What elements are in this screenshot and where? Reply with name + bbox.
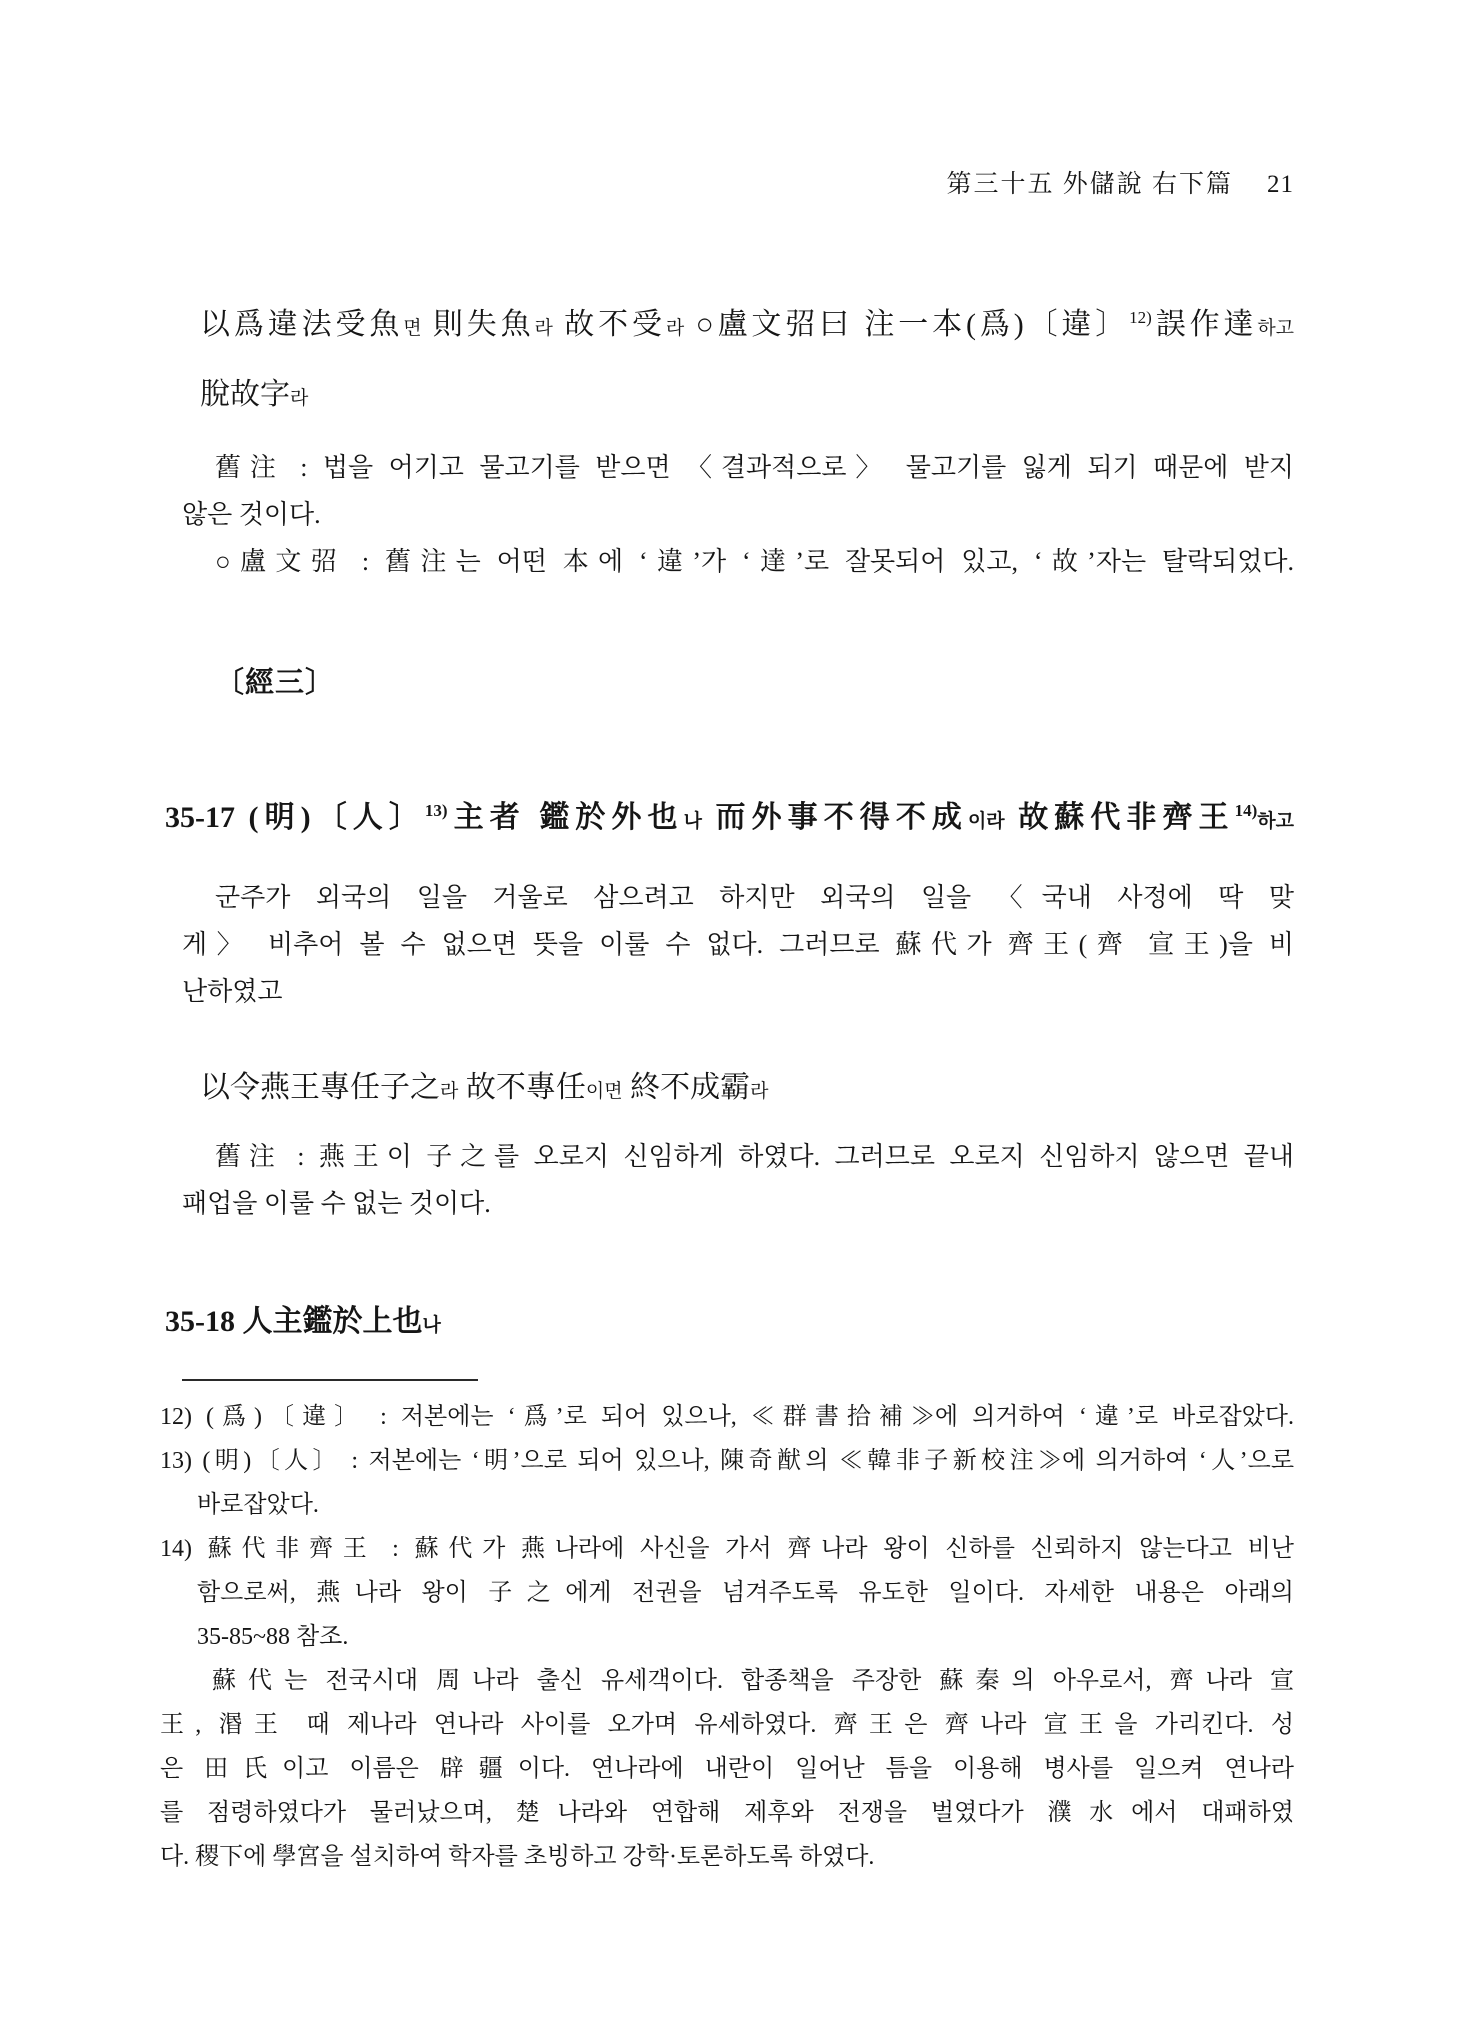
hyeonto-suffix: 하고 <box>1257 811 1294 832</box>
text-run: 12) (爲)〔違〕 : 저본에는 ‘爲’로 되어 있으나, ≪群書拾補≫에 의… <box>160 1404 1294 1430</box>
text-run: 패업을 이룰 수 없는 것이다. <box>182 1189 491 1218</box>
text-run: 35-85~88 참조. <box>197 1624 348 1650</box>
page-number: 21 <box>1267 170 1294 200</box>
trans-35-16-line: ○盧文弨 : 舊注는 어떤 本에 ‘違’가 ‘達’로 잘못되어 있고, ‘故’자… <box>182 538 1294 585</box>
hyeonto-suffix: 라 <box>750 1081 768 1102</box>
text-run: 않은 것이다. <box>182 500 321 529</box>
text-run: 다. 稷下에 學宮을 설치하여 학자를 초빙하고 강학·토론하도록 하였다. <box>160 1844 874 1870</box>
entry-35-18-line: 35-18 人主鑑於上也나 <box>165 1297 1294 1351</box>
footnote-14-line: 王, 湣王 때 제나라 연나라 사이를 오가며 유세하였다. 齊王은 齊나라 宣… <box>160 1703 1294 1747</box>
hanmun-35-16-line: 脫故字라 <box>200 362 1294 432</box>
text-run: 王, 湣王 때 제나라 연나라 사이를 오가며 유세하였다. 齊王은 齊나라 宣… <box>160 1712 1294 1738</box>
footnote-14-line: 다. 稷下에 學宮을 설치하여 학자를 초빙하고 강학·토론하도록 하였다. <box>160 1835 1294 1879</box>
trans-35-17b: 舊注 : 燕王이 子之를 오로지 신임하게 하였다. 그러므로 오로지 신임하지… <box>160 1133 1294 1227</box>
footnote-14-line: 35-85~88 참조. <box>160 1615 1294 1659</box>
section-gyeong-3: 〔經三〕 <box>160 663 1294 703</box>
footnote-12: 12) (爲)〔違〕 : 저본에는 ‘爲’로 되어 있으나, ≪群書拾補≫에 의… <box>160 1395 1294 1439</box>
text-run: 則失魚 <box>422 308 535 341</box>
entry-35-18: 35-18 人主鑑於上也나 <box>160 1297 1294 1351</box>
text-run: 난하였고 <box>182 977 282 1006</box>
page-header: 第三十五 外儲說 右下篇 21 <box>160 170 1294 200</box>
text-run: 而外事不得不成 <box>702 801 968 834</box>
text-run: 바로잡았다. <box>197 1492 319 1518</box>
footnote-14-line: 은 田氏이고 이름은 辟疆이다. 연나라에 내란이 일어난 틈을 이용해 병사를… <box>160 1747 1294 1791</box>
footnote-14: 14) 蘇代非齊王 : 蘇代가 燕나라에 사신을 가서 齊나라 왕이 신하를 신… <box>160 1527 1294 1879</box>
footnote-14-line: 蘇代는 전국시대 周나라 출신 유세객이다. 합종책을 주장한 蘇秦의 아우로서… <box>160 1659 1294 1703</box>
text-run: 함으로써, 燕나라 왕이 子之에게 전권을 넘겨주도록 유도한 일이다. 자세한… <box>197 1580 1294 1606</box>
hyeonto-suffix: 라 <box>440 1081 458 1102</box>
hyeonto-suffix: 나 <box>684 811 702 832</box>
trans-35-17b-line: 패업을 이룰 수 없는 것이다. <box>182 1180 1294 1227</box>
footnote-14-line: 함으로써, 燕나라 왕이 子之에게 전권을 넘겨주도록 유도한 일이다. 자세한… <box>160 1571 1294 1615</box>
text-run: 脫故字 <box>200 378 290 411</box>
text-run: 13) (明)〔人〕 : 저본에는 ‘明’으로 되어 있으나, 陳奇猷의 ≪韓非… <box>160 1448 1294 1474</box>
trans-35-17-line: 군주가 외국의 일을 거울로 삼으려고 하지만 외국의 일을 〈국내 사정에 딱… <box>182 874 1294 921</box>
text-run: 게〉 비추어 볼 수 없으면 뜻을 이룰 수 없다. 그러므로 蘇代가 齊王(齊… <box>182 930 1294 959</box>
running-title: 第三十五 外儲說 右下篇 <box>946 170 1233 200</box>
text-run: 舊注 : 법을 어기고 물고기를 받으면 〈결과적으로〉 물고기를 잃게 되기 … <box>215 453 1294 482</box>
hanmun-35-17b-line: 以令燕王專任子之라 故不專任이면 終不成霸라 <box>200 1063 1294 1117</box>
footnote-ref: 12) <box>1129 308 1152 327</box>
trans-35-16-line: 않은 것이다. <box>182 491 1294 538</box>
text-run: ○盧文弨曰 注一本(爲)〔違〕 <box>684 308 1129 341</box>
footnote-14-line: 14) 蘇代非齊王 : 蘇代가 燕나라에 사신을 가서 齊나라 왕이 신하를 신… <box>160 1527 1294 1571</box>
text-run: 35-18 人主鑑於上也 <box>165 1305 423 1338</box>
page-body: 以爲違法受魚면 則失魚라 故不受라 ○盧文弨曰 注一本(爲)〔違〕12)誤作達하… <box>160 292 1294 1879</box>
hyeonto-suffix: 하고 <box>1257 318 1294 339</box>
text-run: 以令燕王專任子之 <box>200 1071 440 1104</box>
hyeonto-suffix: 면 <box>403 318 421 339</box>
footnote-13-line: 바로잡았다. <box>160 1483 1294 1527</box>
footnote-13-line: 13) (明)〔人〕 : 저본에는 ‘明’으로 되어 있으나, 陳奇猷의 ≪韓非… <box>160 1439 1294 1483</box>
text-run: 군주가 외국의 일을 거울로 삼으려고 하지만 외국의 일을 〈국내 사정에 딱… <box>215 883 1294 912</box>
hyeonto-suffix: 이라 <box>968 811 1005 832</box>
footnote-13: 13) (明)〔人〕 : 저본에는 ‘明’으로 되어 있으나, 陳奇猷의 ≪韓非… <box>160 1439 1294 1527</box>
text-run: ○盧文弨 : 舊注는 어떤 本에 ‘違’가 ‘達’로 잘못되어 있고, ‘故’자… <box>215 547 1294 576</box>
entry-35-17-line: 35-17 (明)〔人〕13)主者 鑑於外也나 而外事不得不成이라 故蘇代非齊王… <box>165 793 1294 847</box>
trans-35-17-line: 게〉 비추어 볼 수 없으면 뜻을 이룰 수 없다. 그러므로 蘇代가 齊王(齊… <box>182 921 1294 968</box>
text-run: 를 점령하였다가 물러났으며, 楚나라와 연합해 제후와 전쟁을 벌였다가 濮水… <box>160 1800 1294 1826</box>
text-run: 舊注 : 燕王이 子之를 오로지 신임하게 하였다. 그러므로 오로지 신임하지… <box>215 1142 1294 1171</box>
hanmun-35-17b: 以令燕王專任子之라 故不專任이면 終不成霸라 <box>160 1063 1294 1117</box>
hyeonto-suffix: 라 <box>290 388 308 409</box>
footnote-separator <box>182 1379 478 1381</box>
text-run: 은 田氏이고 이름은 辟疆이다. 연나라에 내란이 일어난 틈을 이용해 병사를… <box>160 1756 1294 1782</box>
hanmun-35-16: 以爲違法受魚면 則失魚라 故不受라 ○盧文弨曰 注一本(爲)〔違〕12)誤作達하… <box>160 292 1294 432</box>
trans-35-16: 舊注 : 법을 어기고 물고기를 받으면 〈결과적으로〉 물고기를 잃게 되기 … <box>160 444 1294 585</box>
hanmun-35-16-line: 以爲違法受魚면 則失魚라 故不受라 ○盧文弨曰 注一本(爲)〔違〕12)誤作達하… <box>200 292 1294 362</box>
entry-35-17: 35-17 (明)〔人〕13)主者 鑑於外也나 而外事不得不成이라 故蘇代非齊王… <box>160 793 1294 847</box>
text-run: 以爲違法受魚 <box>200 308 403 341</box>
text-run: 主者 鑑於外也 <box>448 801 684 834</box>
text-run: 14) 蘇代非齊王 : 蘇代가 燕나라에 사신을 가서 齊나라 왕이 신하를 신… <box>160 1536 1294 1562</box>
trans-35-16-line: 舊注 : 법을 어기고 물고기를 받으면 〈결과적으로〉 물고기를 잃게 되기 … <box>182 444 1294 491</box>
text-run: 蘇代는 전국시대 周나라 출신 유세객이다. 합종책을 주장한 蘇秦의 아우로서… <box>212 1668 1294 1694</box>
footnote-ref: 14) <box>1235 801 1258 820</box>
text-run: 故蘇代非齊王 <box>1005 801 1235 834</box>
text-run: 終不成霸 <box>623 1071 751 1104</box>
text-run: 35-17 (明)〔人〕 <box>165 801 425 834</box>
footnote-12-line: 12) (爲)〔違〕 : 저본에는 ‘爲’로 되어 있으나, ≪群書拾補≫에 의… <box>160 1395 1294 1439</box>
book-page: 第三十五 外儲說 右下篇 21 以爲違法受魚면 則失魚라 故不受라 ○盧文弨曰 … <box>0 0 1480 2024</box>
text-run: 故不專任 <box>458 1071 586 1104</box>
trans-35-17: 군주가 외국의 일을 거울로 삼으려고 하지만 외국의 일을 〈국내 사정에 딱… <box>160 874 1294 1015</box>
hyeonto-suffix: 라 <box>666 318 684 339</box>
text-run: 〔經三〕 <box>215 667 335 699</box>
footnote-14-line: 를 점령하였다가 물러났으며, 楚나라와 연합해 제후와 전쟁을 벌였다가 濮水… <box>160 1791 1294 1835</box>
section-gyeong-3-line: 〔經三〕 <box>215 663 1294 703</box>
text-run: 誤作達 <box>1152 308 1257 341</box>
trans-35-17b-line: 舊注 : 燕王이 子之를 오로지 신임하게 하였다. 그러므로 오로지 신임하지… <box>182 1133 1294 1180</box>
footnote-ref: 13) <box>425 801 448 820</box>
page-content: 第三十五 外儲說 右下篇 21 以爲違法受魚면 則失魚라 故不受라 ○盧文弨曰 … <box>0 170 1480 1879</box>
text-run: 故不受 <box>553 308 666 341</box>
hyeonto-suffix: 나 <box>423 1315 441 1336</box>
trans-35-17-line: 난하였고 <box>182 968 1294 1015</box>
hyeonto-suffix: 이면 <box>586 1081 623 1102</box>
hyeonto-suffix: 라 <box>535 318 553 339</box>
